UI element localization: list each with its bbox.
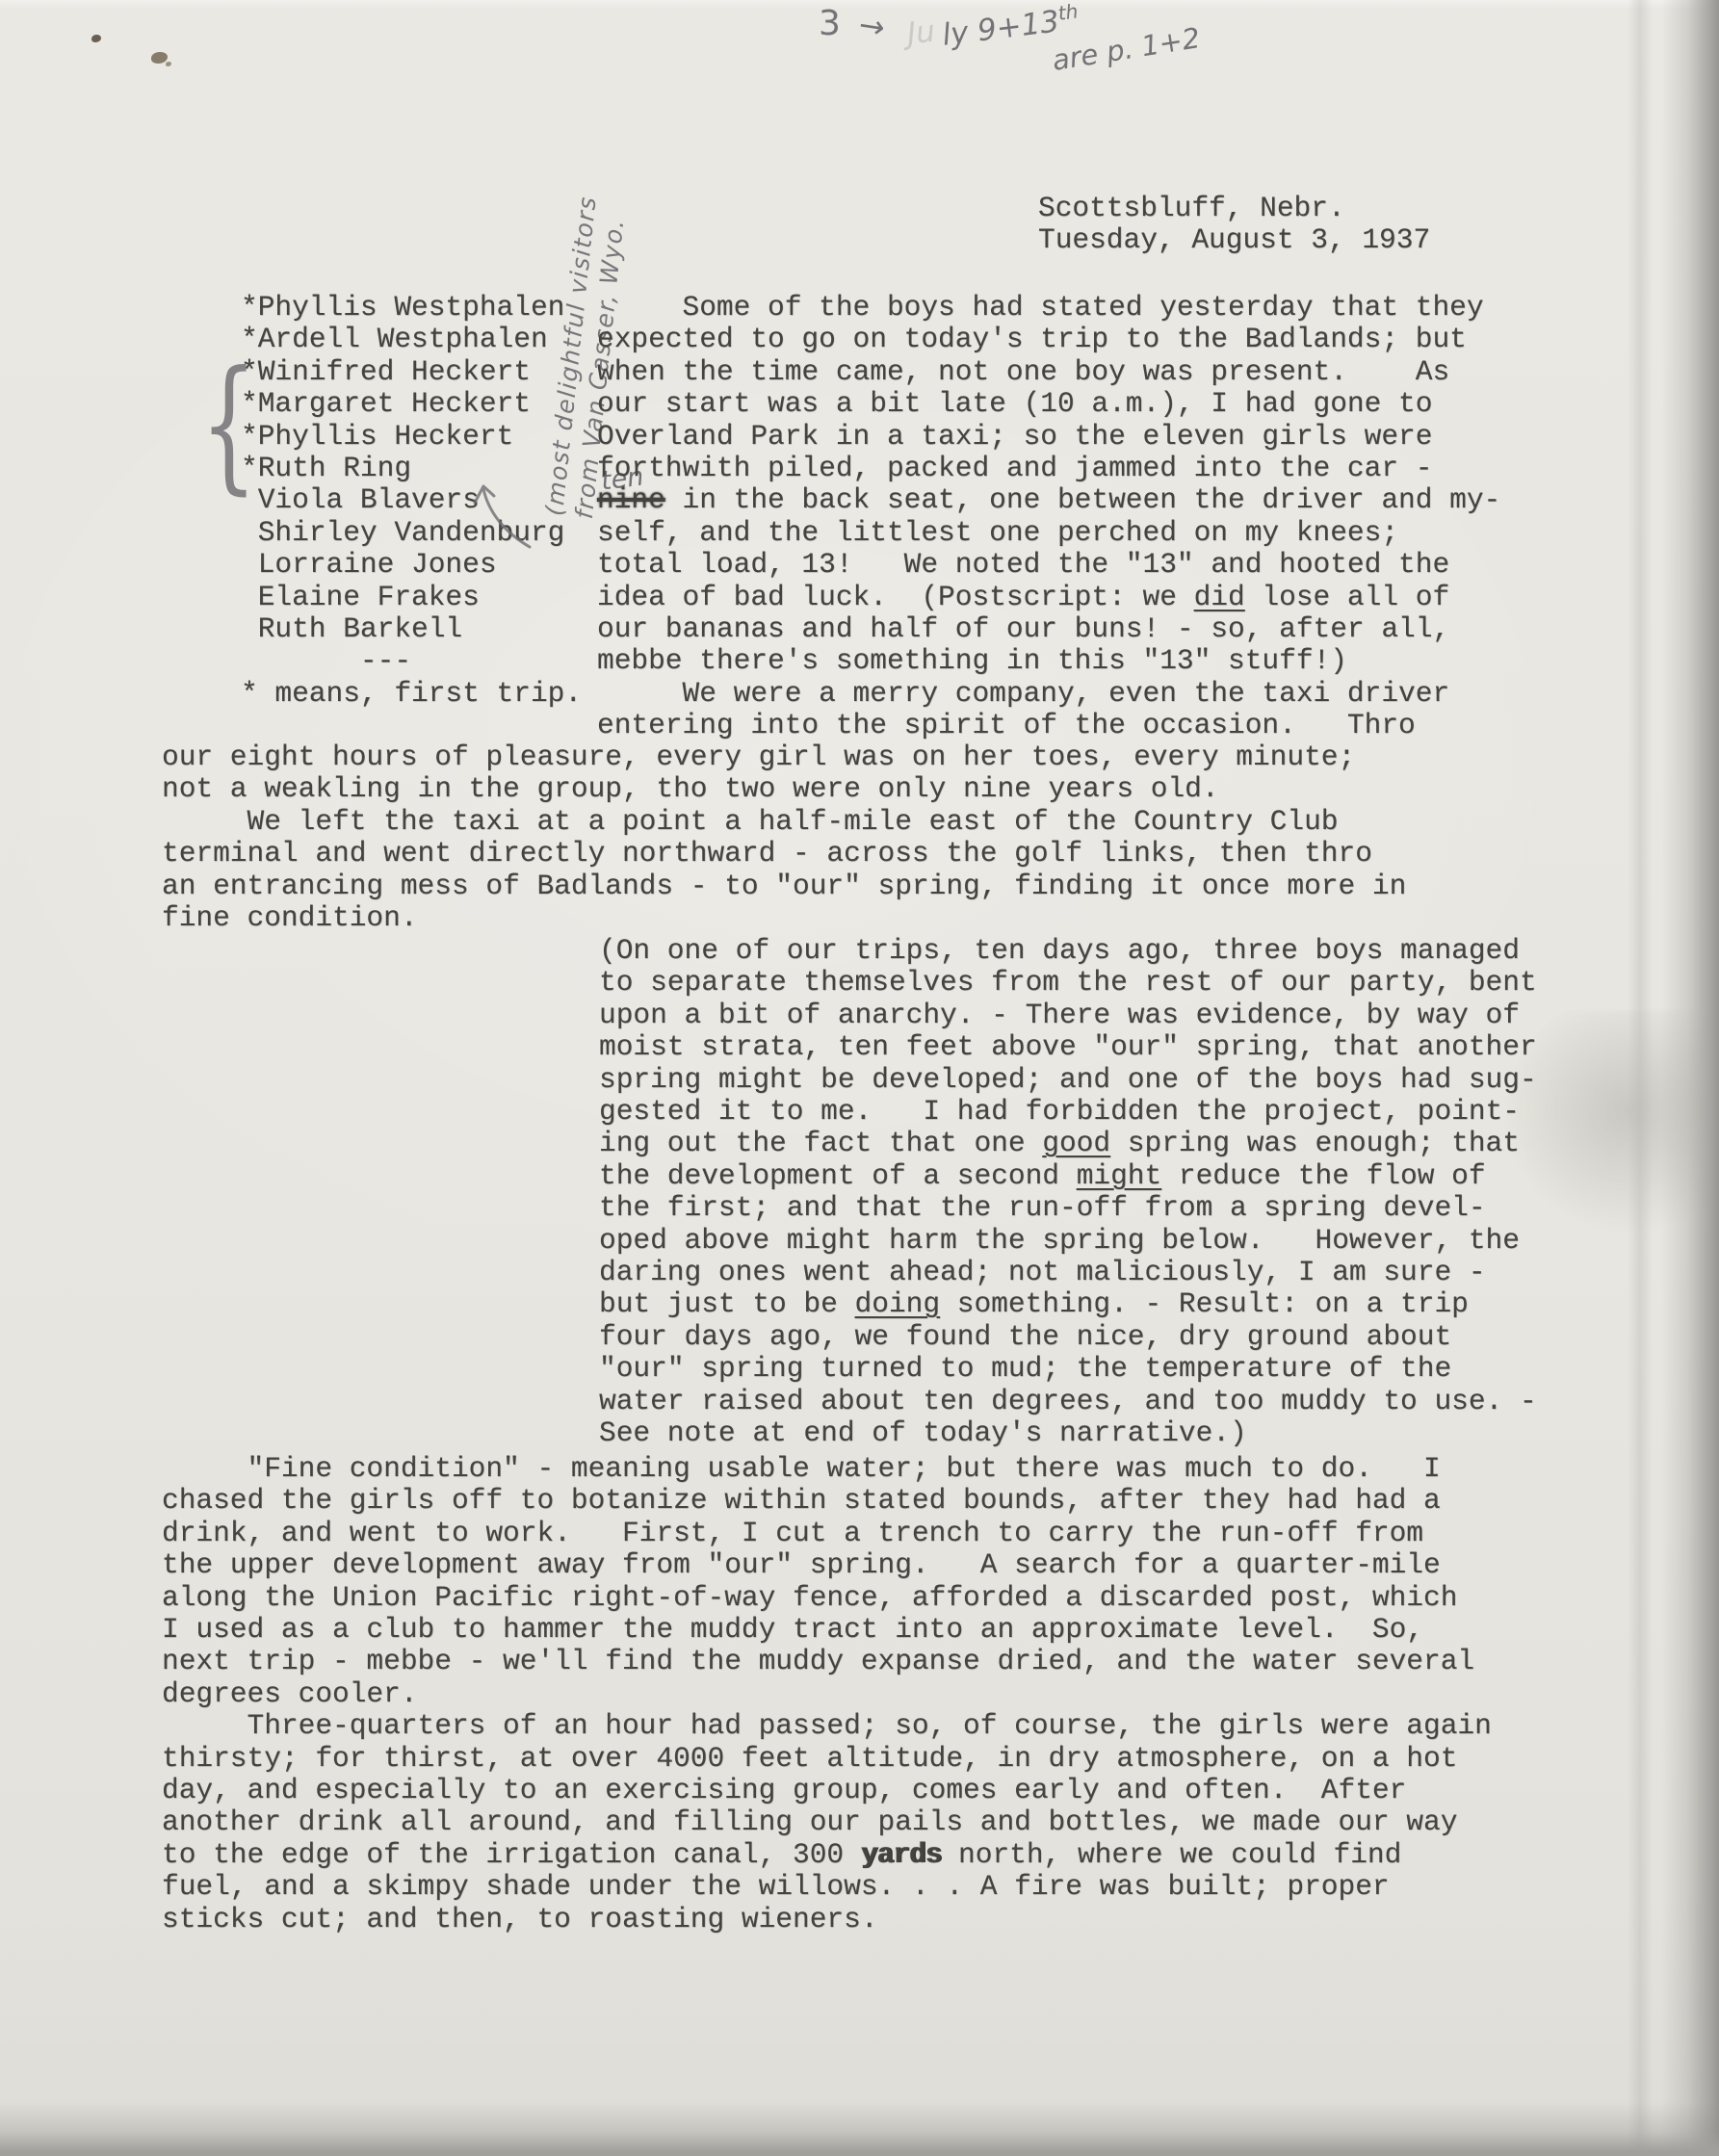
- dateline: Scottsbluff, Nebr. Tuesday, August 3, 19…: [1038, 193, 1430, 257]
- stain-speck: [91, 35, 101, 42]
- narrative-indented-note: (On one of our trips, ten days ago, thre…: [599, 935, 1537, 1450]
- stain-speck: [166, 62, 171, 66]
- narrative-column-paragraph: Some of the boys had stated yesterday th…: [597, 292, 1500, 742]
- scan-edge-top: [0, 0, 1719, 10]
- annotation-date-faint: Ju: [905, 14, 936, 52]
- dateline-place: Scottsbluff, Nebr.: [1038, 192, 1345, 224]
- scanned-typewritten-page: 3 → Ju ly 9+13th are p. 1+2 Scottsbluff,…: [0, 0, 1719, 2156]
- narrative-fullwidth-1: our eight hours of pleasure, every girl …: [162, 741, 1406, 934]
- stain-speck: [151, 52, 168, 64]
- dateline-date: Tuesday, August 3, 1937: [1038, 223, 1430, 256]
- narrative-fullwidth-2: "Fine condition" - meaning usable water;…: [162, 1453, 1492, 1935]
- roster-brace-mark: {: [200, 352, 257, 497]
- scan-edge-bottom: [0, 2102, 1719, 2156]
- page-number-annotation: 3: [819, 4, 841, 43]
- scan-edge-right: [1661, 0, 1719, 2156]
- margin-note-arrow-icon: [470, 478, 537, 553]
- annotation-arrow-icon: →: [856, 6, 887, 46]
